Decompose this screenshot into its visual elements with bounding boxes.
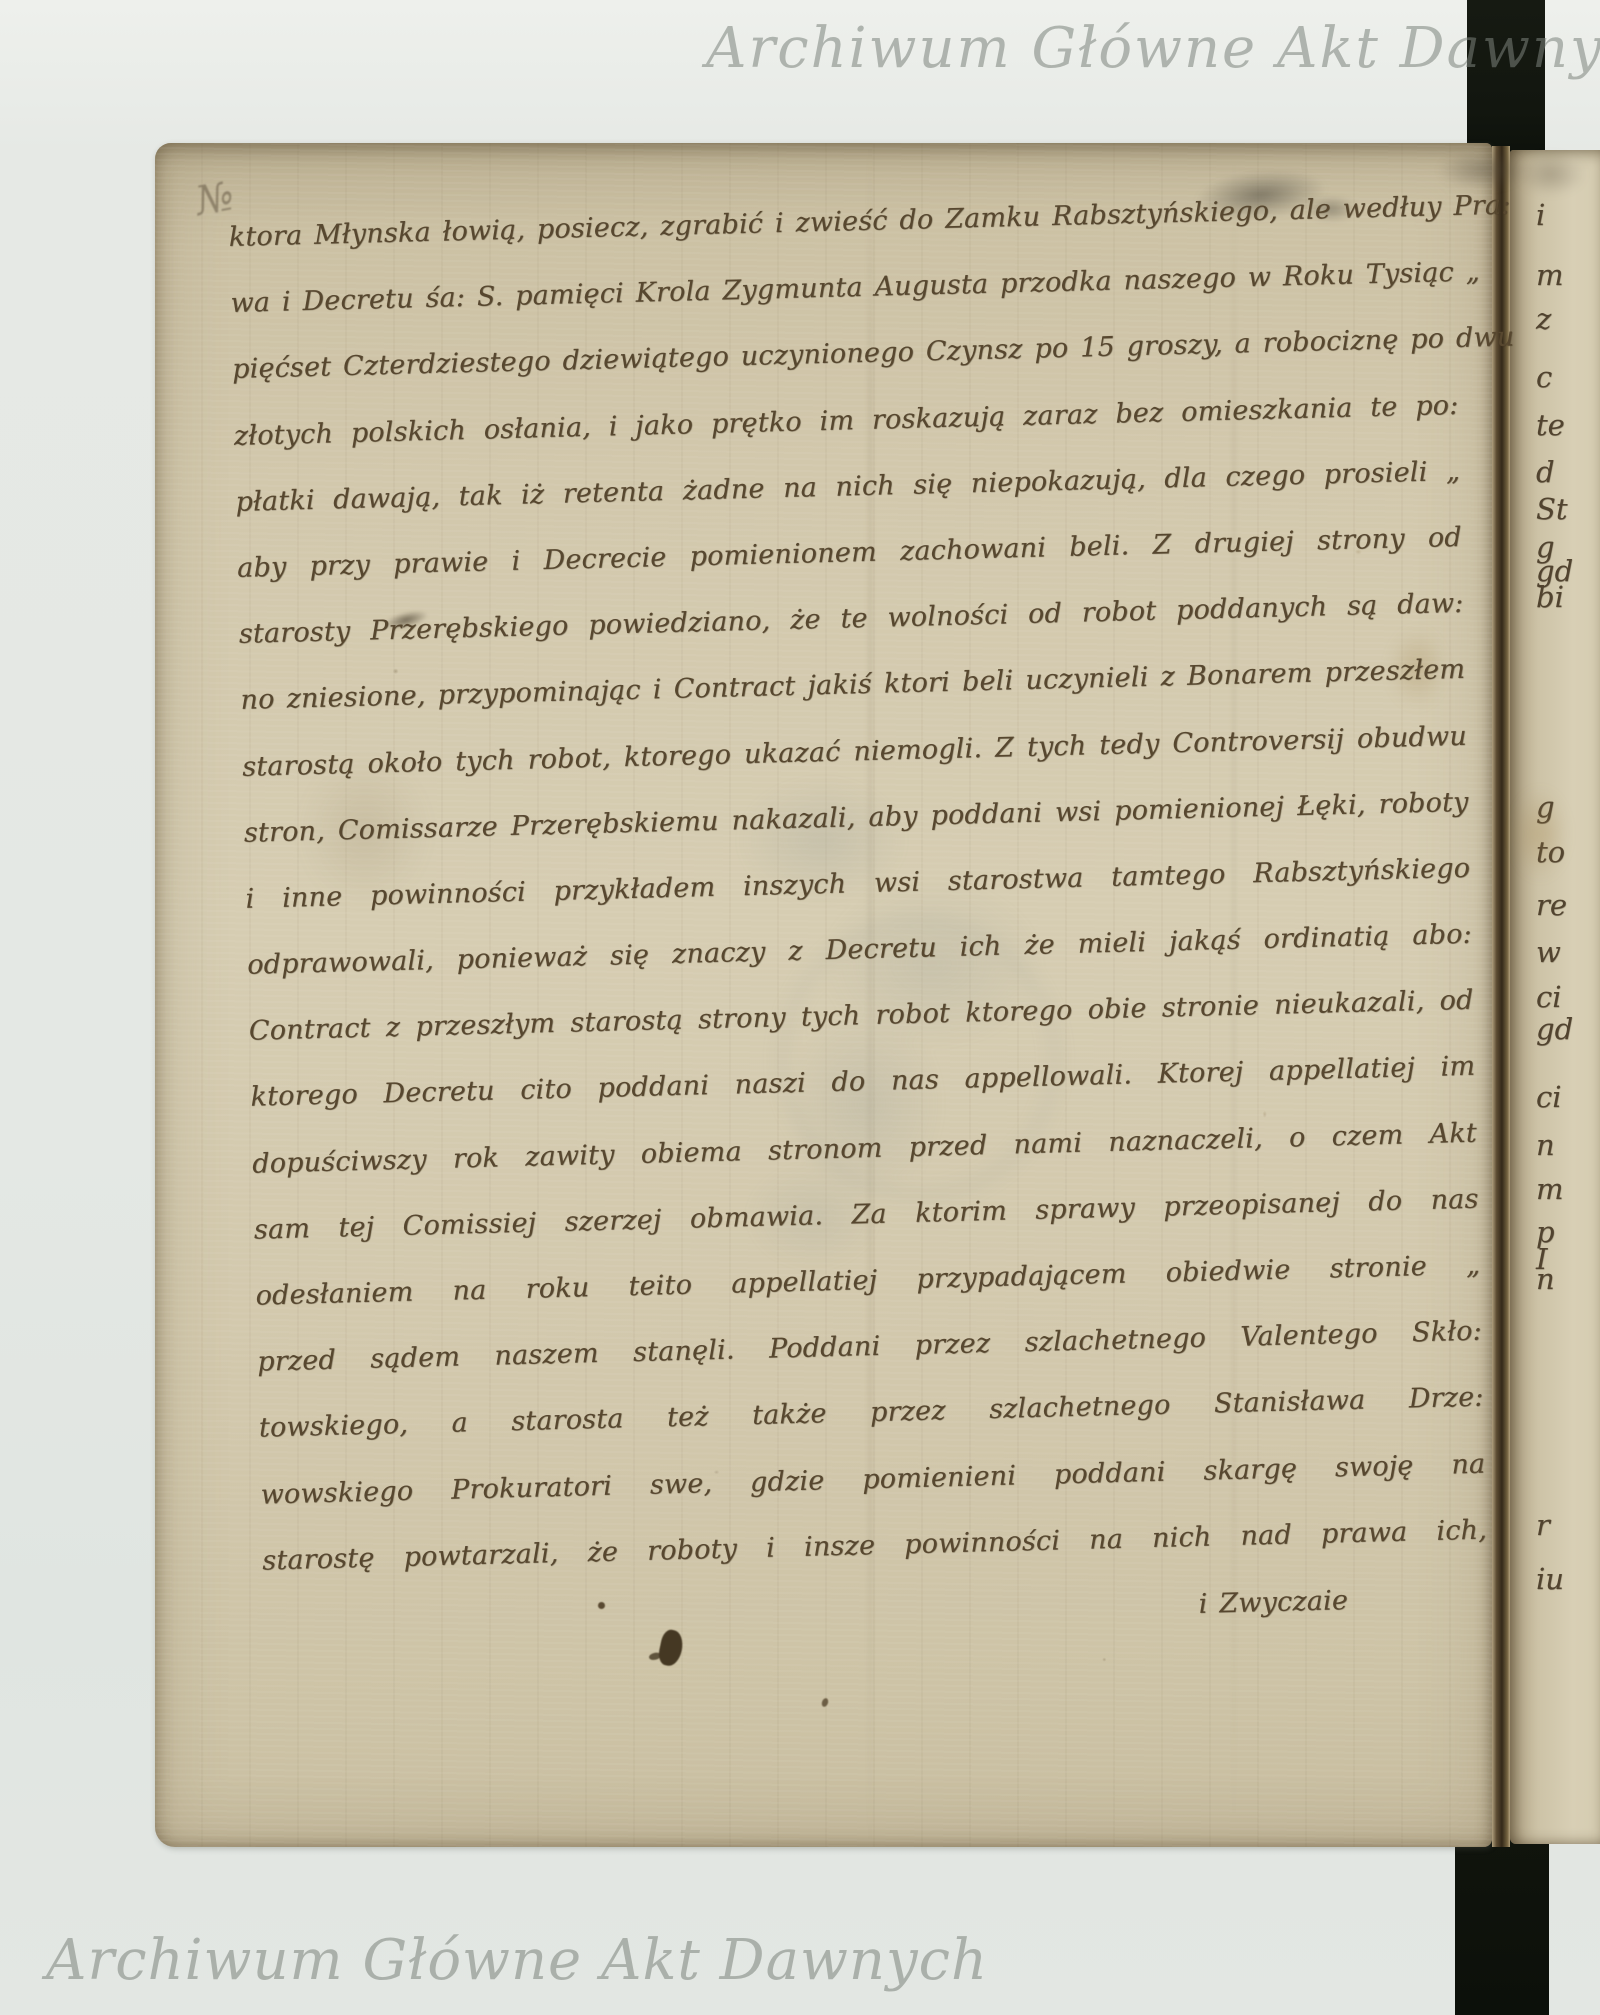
manuscript-lines: ktora Młynska łowią, posiecz, zgrabić i … [228, 174, 1488, 1594]
black-ribbon-bottom [1455, 1826, 1549, 2015]
facing-page-text-fragment: w [1536, 935, 1561, 969]
facing-page-text-fragment: ci [1536, 980, 1562, 1014]
book-gutter [1492, 146, 1510, 1847]
facing-page-text-fragment: bi [1536, 580, 1564, 614]
facing-page-text-fragment: d [1536, 455, 1555, 489]
manuscript-text-block: ktora Młynska łowią, posiecz, zgrabić i … [228, 174, 1488, 1594]
facing-page-text-fragment: te [1536, 408, 1565, 442]
facing-page-text-fragment: i [1536, 198, 1545, 232]
facing-page-text-fragment: to [1536, 835, 1565, 869]
facing-page-text-fragment: St [1536, 492, 1568, 526]
facing-page-text-fragment: iu [1536, 1562, 1564, 1596]
facing-page-text-fragment: c [1536, 360, 1552, 394]
archive-watermark-bottom: Archiwum Główne Akt Dawnych [46, 1928, 988, 1993]
archival-scan: imzctedStggdbigtorewcigdcinmpInriu № kto… [0, 0, 1600, 2015]
archive-watermark-top: Archiwum Główne Akt Dawnych [706, 16, 1600, 81]
catchword: i Zwyczaie [1198, 1585, 1348, 1620]
black-ribbon-top [1467, 0, 1545, 159]
facing-page-text-fragment: re [1536, 888, 1567, 922]
facing-page-text-fragment: m [1536, 258, 1564, 292]
facing-page-text-fragment: gd [1536, 1012, 1573, 1046]
facing-page-text-fragment: ci [1536, 1080, 1562, 1114]
facing-page-text-fragment: r [1536, 1508, 1550, 1542]
facing-page-text-fragment: g [1536, 790, 1555, 824]
facing-page-text-fragment: n [1536, 1262, 1555, 1296]
facing-page-text-fragment: n [1536, 1128, 1555, 1162]
facing-page-text-fragment: z [1536, 302, 1551, 336]
facing-page: imzctedStggdbigtorewcigdcinmpInriu [1510, 150, 1600, 1844]
facing-page-text-fragment: m [1536, 1172, 1564, 1206]
